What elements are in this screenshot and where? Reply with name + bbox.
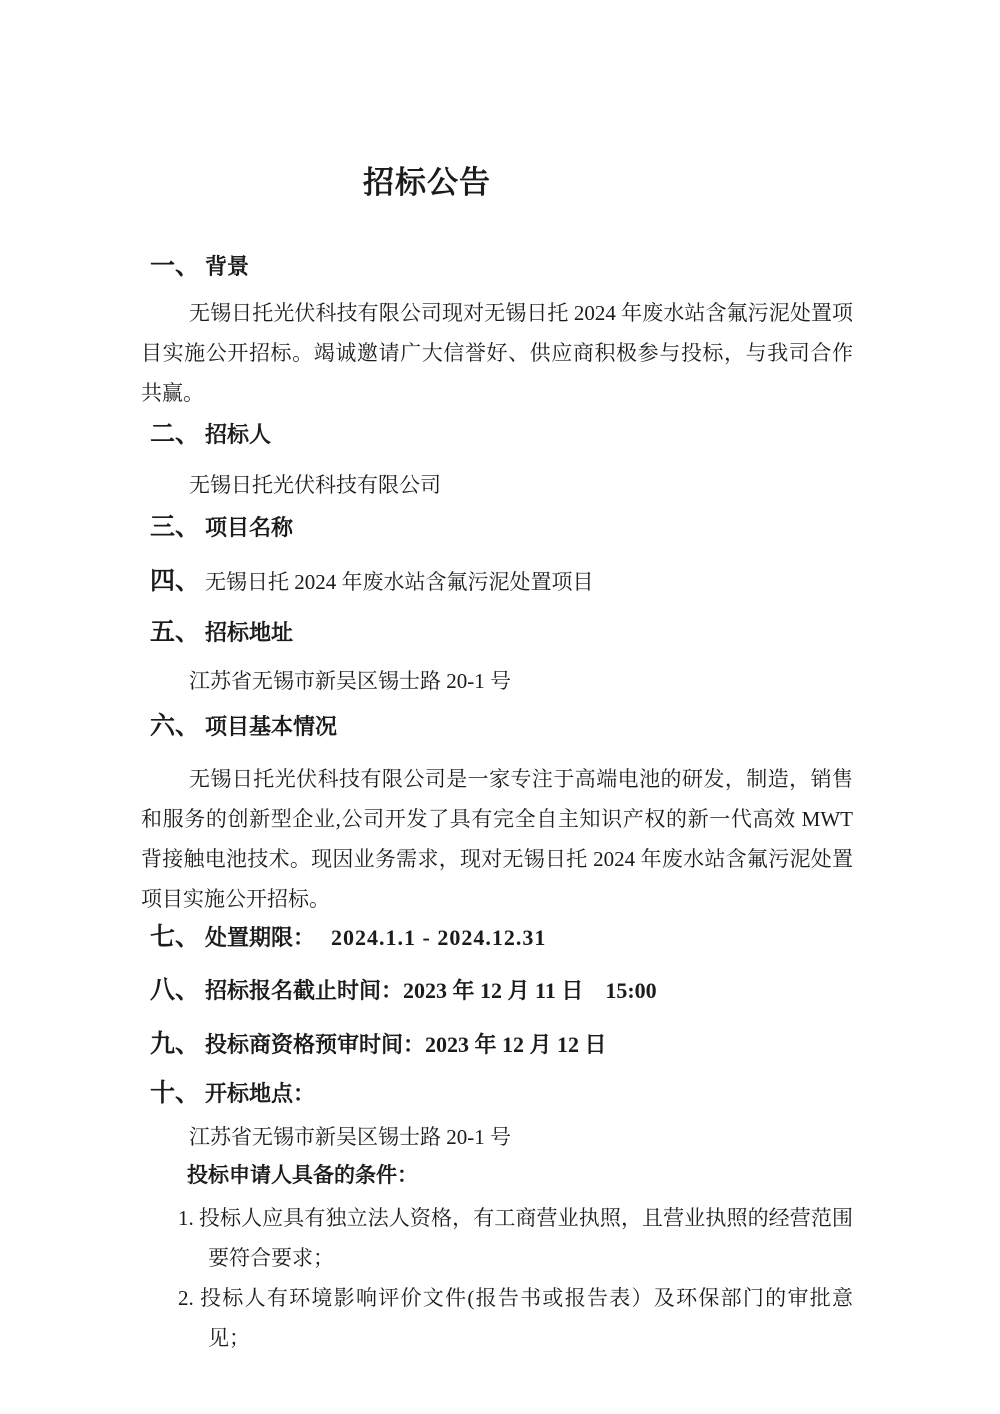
registration-deadline-value: 2023 年 12 月 11 日 15:00 bbox=[403, 978, 657, 1003]
section-9-title: 投标商资格预审时间： bbox=[205, 1032, 425, 1057]
section-1-number: 一、 bbox=[150, 253, 200, 280]
section-10-number: 十、 bbox=[150, 1080, 200, 1107]
section-9-number: 九、 bbox=[150, 1031, 200, 1058]
section-8-title: 招标报名截止时间： bbox=[205, 978, 403, 1003]
tender-address: 江苏省无锡市新吴区锡士路 20-1 号 bbox=[141, 661, 853, 701]
section-2-heading: 二、招标人 bbox=[150, 420, 853, 450]
section-3-number: 三、 bbox=[150, 514, 200, 541]
section-2-number: 二、 bbox=[150, 421, 200, 448]
section-8-line: 八、招标报名截止时间：2023 年 12 月 11 日 15:00 bbox=[150, 974, 853, 1008]
conditions-heading: 投标申请人具备的条件： bbox=[187, 1160, 853, 1190]
section-4-number: 四、 bbox=[150, 568, 200, 595]
section-6-heading: 六、项目基本情况 bbox=[150, 712, 853, 742]
condition-item-2-number: 2. bbox=[178, 1286, 194, 1310]
section-3-heading: 三、项目名称 bbox=[150, 513, 853, 543]
bid-opening-address: 江苏省无锡市新吴区锡士路 20-1 号 bbox=[141, 1117, 853, 1157]
section-7-number: 七、 bbox=[150, 924, 200, 951]
section-1-heading: 一、背景 bbox=[150, 252, 853, 282]
prequalification-date-value: 2023 年 12 月 12 日 bbox=[425, 1032, 607, 1057]
section-7-title: 处置期限： bbox=[205, 925, 315, 950]
section-7-line: 七、处置期限：2024.1.1 - 2024.12.31 bbox=[150, 921, 853, 955]
section-8-number: 八、 bbox=[150, 977, 200, 1004]
section-9-line: 九、投标商资格预审时间：2023 年 12 月 12 日 bbox=[150, 1028, 853, 1062]
section-2-title: 招标人 bbox=[205, 422, 271, 447]
document-title: 招标公告 bbox=[363, 163, 853, 203]
section-5-heading: 五、招标地址 bbox=[150, 618, 853, 648]
section-3-title: 项目名称 bbox=[205, 515, 293, 540]
section-6-paragraph: 无锡日托光伏科技有限公司是一家专注于高端电池的研发，制造，销售和服务的创新型企业… bbox=[141, 759, 853, 919]
section-4-line: 四、无锡日托 2024 年废水站含氟污泥处置项目 bbox=[150, 565, 853, 599]
section-1-paragraph: 无锡日托光伏科技有限公司现对无锡日托 2024 年废水站含氟污泥处置项目实施公开… bbox=[141, 293, 853, 413]
section-10-heading: 十、开标地点： bbox=[150, 1079, 853, 1109]
section-5-number: 五、 bbox=[150, 619, 200, 646]
condition-item-1-text: 投标人应具有独立法人资格，有工商营业执照，且营业执照的经营范围要符合要求； bbox=[199, 1206, 853, 1270]
document-page: 招标公告 一、背景 无锡日托光伏科技有限公司现对无锡日托 2024 年废水站含氟… bbox=[0, 0, 1000, 1414]
condition-item-1: 1.投标人应具有独立法人资格，有工商营业执照，且营业执照的经营范围要符合要求； bbox=[141, 1198, 853, 1278]
project-name: 无锡日托 2024 年废水站含氟污泥处置项目 bbox=[205, 570, 594, 594]
tenderer-name: 无锡日托光伏科技有限公司 bbox=[141, 465, 853, 505]
section-10-title: 开标地点： bbox=[205, 1081, 315, 1106]
condition-item-2: 2.投标人有环境影响评价文件(报告书或报告表）及环保部门的审批意见； bbox=[141, 1278, 853, 1358]
disposal-period-value: 2024.1.1 - 2024.12.31 bbox=[331, 925, 546, 950]
section-6-number: 六、 bbox=[150, 713, 200, 740]
section-1-title: 背景 bbox=[205, 254, 249, 279]
section-5-title: 招标地址 bbox=[205, 620, 293, 645]
section-6-title: 项目基本情况 bbox=[205, 714, 337, 739]
condition-item-2-text: 投标人有环境影响评价文件(报告书或报告表）及环保部门的审批意见； bbox=[199, 1286, 853, 1350]
condition-item-1-number: 1. bbox=[178, 1206, 194, 1230]
